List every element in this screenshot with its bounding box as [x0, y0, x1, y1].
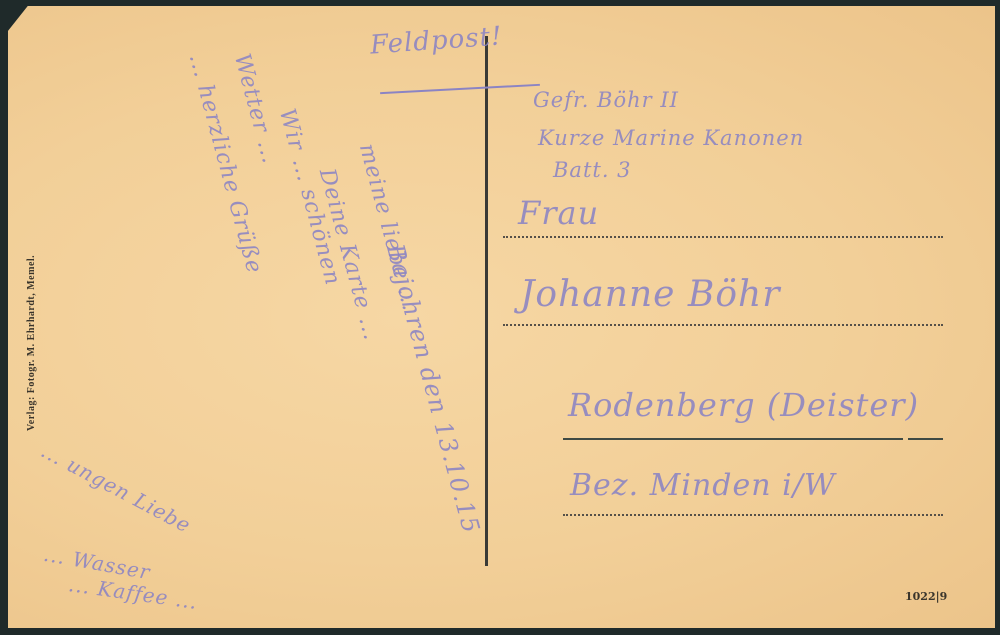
recipient-district: Bez. Minden i/W: [570, 468, 836, 503]
recipient-name: Johanne Böhr: [520, 274, 780, 315]
card-number: 1022|9: [905, 590, 947, 603]
center-divider: [485, 36, 488, 566]
sender-line-3: Batt. 3: [553, 158, 632, 182]
message-line: ... ungen Liebe: [37, 438, 195, 537]
town-underline-short: [908, 438, 943, 440]
postcard: Feldpost! Gefr. Böhr II Kurze Marine Kan…: [8, 6, 995, 628]
recipient-town: Rodenberg (Deister): [568, 386, 919, 424]
address-line-4: [563, 514, 943, 516]
sender-line-2: Kurze Marine Kanonen: [538, 126, 804, 150]
feldpost-note: Feldpost!: [369, 21, 503, 60]
town-underline: [563, 438, 903, 440]
address-line-1: [503, 236, 943, 238]
address-line-2: [503, 324, 943, 326]
sender-line-1: Gefr. Böhr II: [533, 88, 679, 112]
feldpost-underline: [380, 84, 540, 94]
publisher-imprint: Verlag: Fotogr. M. Ehrhardt, Memel.: [26, 255, 37, 431]
recipient-salutation: Frau: [518, 194, 599, 232]
message-line: Wetter ...: [229, 51, 282, 167]
